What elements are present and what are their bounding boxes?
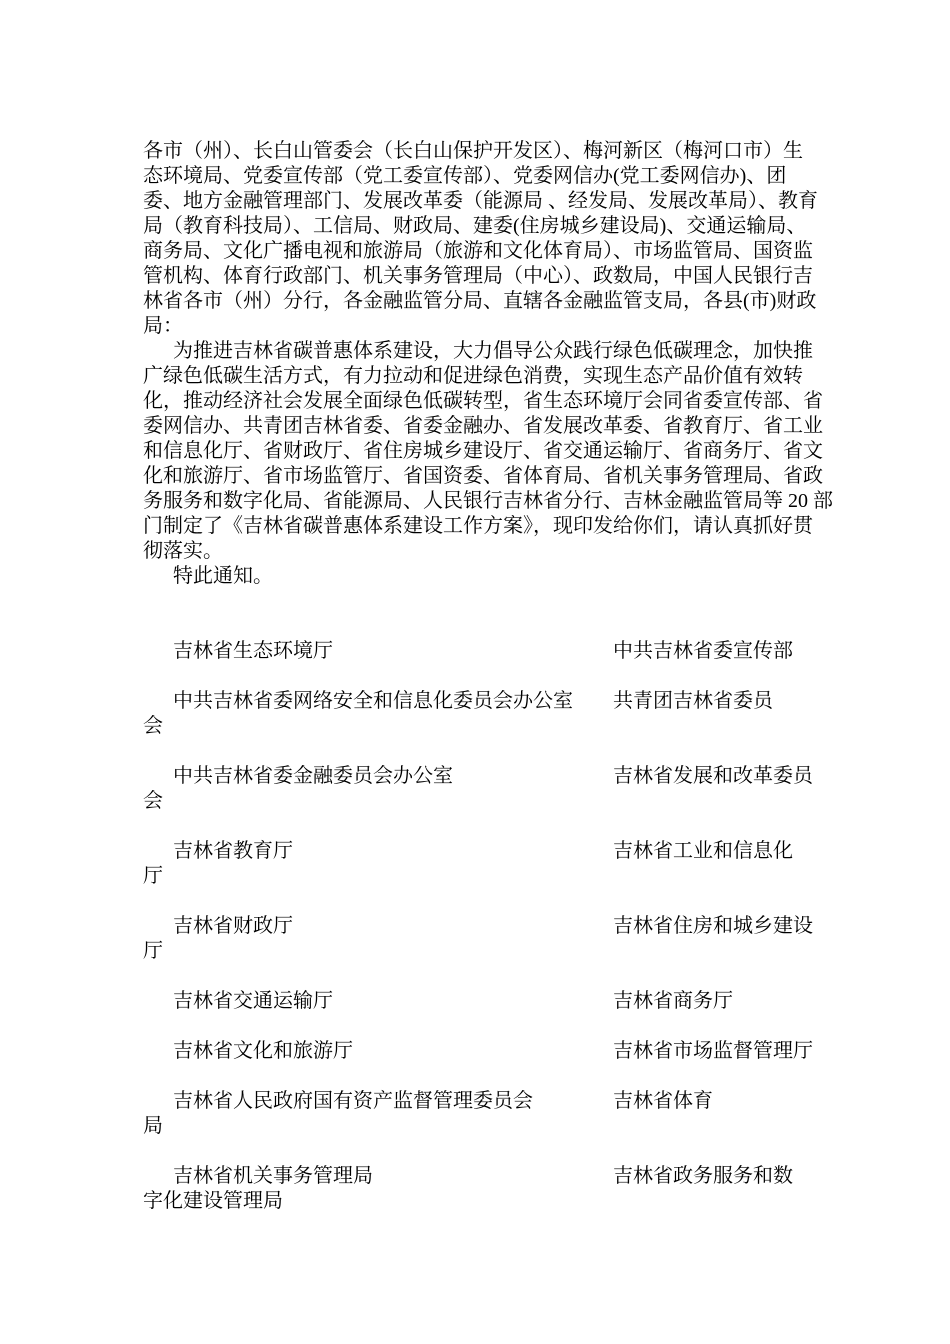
closing-line: 特此通知。 bbox=[143, 564, 950, 589]
text-line: 化，推动经济社会发展全面绿色低碳转型，省生态环境厅会同省委宣传部、省 bbox=[143, 389, 950, 414]
signature-row: 吉林省财政厅吉林省住房和城乡建设厅 bbox=[143, 914, 950, 964]
text-line: 商务局、文化广播电视和旅游局（旅游和文化体育局）、市场监管局、国资监 bbox=[143, 239, 950, 264]
text-line: 林省各市（州）分行，各金融监管分局、直辖各金融监管支局，各县(市)财政 bbox=[143, 289, 950, 314]
signer-org-left: 吉林省生态环境厅 bbox=[143, 639, 333, 664]
signer-org-right-wrap: 字化建设管理局 bbox=[143, 1189, 950, 1214]
signature-line: 吉林省交通运输厅吉林省商务厅 bbox=[143, 989, 950, 1014]
signer-org-right: 吉林省住房和城乡建设 bbox=[613, 914, 813, 939]
signer-org-right: 中共吉林省委宣传部 bbox=[613, 639, 793, 664]
text-line: 态环境局、党委宣传部（党工委宣传部）、党委网信办(党工委网信办)、团 bbox=[143, 164, 950, 189]
signature-line: 吉林省生态环境厅中共吉林省委宣传部 bbox=[143, 639, 950, 664]
signer-org-right: 吉林省发展和改革委员 bbox=[613, 764, 813, 789]
text-line: 彻落实。 bbox=[143, 539, 950, 564]
signer-org-right-wrap: 厅 bbox=[143, 864, 950, 889]
text-line: 为推进吉林省碳普惠体系建设，大力倡导公众践行绿色低碳理念，加快推 bbox=[143, 339, 950, 364]
signature-line: 吉林省机关事务管理局吉林省政务服务和数 bbox=[143, 1164, 950, 1189]
text-line: 门制定了《吉林省碳普惠体系建设工作方案》，现印发给你们，请认真抓好贯 bbox=[143, 514, 950, 539]
signer-org-left: 吉林省财政厅 bbox=[143, 914, 293, 939]
signer-org-right: 吉林省政务服务和数 bbox=[613, 1164, 793, 1189]
document-page: 各市（州）、长白山管委会（长白山保护开发区）、梅河新区（梅河口市）生态环境局、党… bbox=[0, 0, 950, 1214]
signature-row: 中共吉林省委金融委员会办公室吉林省发展和改革委员会 bbox=[143, 764, 950, 814]
signature-row: 吉林省人民政府国有资产监督管理委员会吉林省体育局 bbox=[143, 1089, 950, 1139]
text-line: 各市（州）、长白山管委会（长白山保护开发区）、梅河新区（梅河口市）生 bbox=[143, 139, 950, 164]
text-line: 务服务和数字化局、省能源局、人民银行吉林省分行、吉林金融监管局等 20 部 bbox=[143, 489, 950, 514]
signer-org-left: 吉林省人民政府国有资产监督管理委员会 bbox=[143, 1089, 533, 1114]
signer-org-right-wrap: 会 bbox=[143, 714, 950, 739]
signature-row: 吉林省文化和旅游厅吉林省市场监督管理厅 bbox=[143, 1039, 950, 1064]
text-line: 局（教育科技局）、工信局、财政局、建委(住房城乡建设局)、交通运输局、 bbox=[143, 214, 950, 239]
signer-org-right: 共青团吉林省委员 bbox=[613, 689, 773, 714]
signer-org-right: 吉林省工业和信息化 bbox=[613, 839, 793, 864]
signature-line: 中共吉林省委网络安全和信息化委员会办公室共青团吉林省委员 bbox=[143, 689, 950, 714]
signature-row: 吉林省交通运输厅吉林省商务厅 bbox=[143, 989, 950, 1014]
signer-org-right: 吉林省商务厅 bbox=[613, 989, 733, 1014]
signer-org-left: 吉林省教育厅 bbox=[143, 839, 293, 864]
signer-org-right: 吉林省市场监督管理厅 bbox=[613, 1039, 813, 1064]
signer-org-right-wrap: 局 bbox=[143, 1114, 950, 1139]
signature-row: 中共吉林省委网络安全和信息化委员会办公室共青团吉林省委员会 bbox=[143, 689, 950, 739]
notice-body-paragraph: 为推进吉林省碳普惠体系建设，大力倡导公众践行绿色低碳理念，加快推广绿色低碳生活方… bbox=[143, 339, 950, 564]
signature-line: 中共吉林省委金融委员会办公室吉林省发展和改革委员 bbox=[143, 764, 950, 789]
signer-org-right-wrap: 厅 bbox=[143, 939, 950, 964]
text-line: 委、地方金融管理部门、发展改革委（能源局 、经发局、发展改革局）、教育 bbox=[143, 189, 950, 214]
signer-org-left: 吉林省文化和旅游厅 bbox=[143, 1039, 353, 1064]
signature-row: 吉林省机关事务管理局吉林省政务服务和数字化建设管理局 bbox=[143, 1164, 950, 1214]
signer-org-left: 中共吉林省委金融委员会办公室 bbox=[143, 764, 453, 789]
signature-line: 吉林省教育厅吉林省工业和信息化 bbox=[143, 839, 950, 864]
signer-org-right: 吉林省体育 bbox=[613, 1089, 713, 1114]
text-line: 委网信办、共青团吉林省委、省委金融办、省发展改革委、省教育厅、省工业 bbox=[143, 414, 950, 439]
signer-org-left: 吉林省机关事务管理局 bbox=[143, 1164, 373, 1189]
recipients-paragraph: 各市（州）、长白山管委会（长白山保护开发区）、梅河新区（梅河口市）生态环境局、党… bbox=[143, 139, 950, 339]
signature-line: 吉林省财政厅吉林省住房和城乡建设 bbox=[143, 914, 950, 939]
text-line: 广绿色低碳生活方式，有力拉动和促进绿色消费，实现生态产品价值有效转 bbox=[143, 364, 950, 389]
signature-line: 吉林省文化和旅游厅吉林省市场监督管理厅 bbox=[143, 1039, 950, 1064]
signer-org-left: 中共吉林省委网络安全和信息化委员会办公室 bbox=[143, 689, 573, 714]
signature-line: 吉林省人民政府国有资产监督管理委员会吉林省体育 bbox=[143, 1089, 950, 1114]
text-line: 化和旅游厅、省市场监管厅、省国资委、省体育局、省机关事务管理局、省政 bbox=[143, 464, 950, 489]
signer-org-right-wrap: 会 bbox=[143, 789, 950, 814]
signer-org-left: 吉林省交通运输厅 bbox=[143, 989, 333, 1014]
text-line: 和信息化厅、省财政厅、省住房城乡建设厅、省交通运输厅、省商务厅、省文 bbox=[143, 439, 950, 464]
signature-row: 吉林省生态环境厅中共吉林省委宣传部 bbox=[143, 639, 950, 664]
signature-row: 吉林省教育厅吉林省工业和信息化厅 bbox=[143, 839, 950, 889]
text-line: 管机构、体育行政部门、机关事务管理局（中心）、政数局，中国人民银行吉 bbox=[143, 264, 950, 289]
signature-section: 吉林省生态环境厅中共吉林省委宣传部中共吉林省委网络安全和信息化委员会办公室共青团… bbox=[143, 639, 950, 1214]
text-line: 局： bbox=[143, 314, 950, 339]
